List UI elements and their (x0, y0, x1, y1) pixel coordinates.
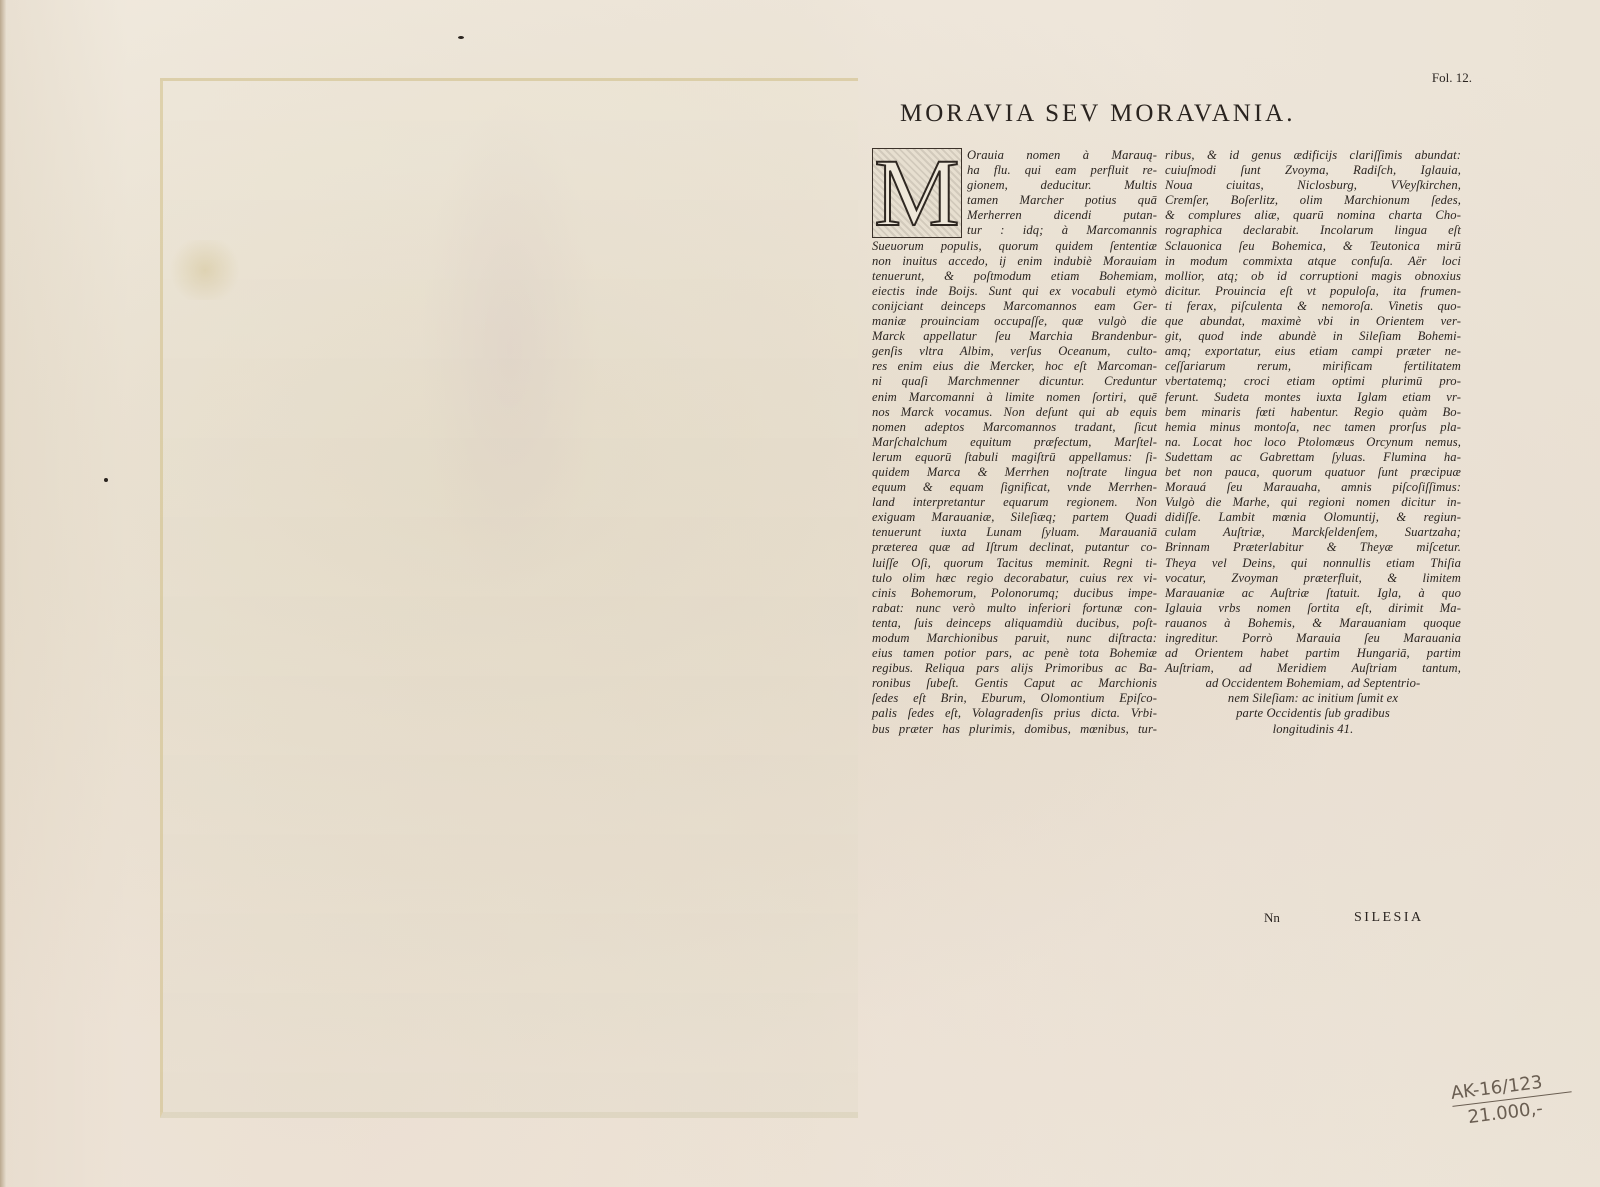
text-line: ad Orientem habet partim Hungariā, parti… (1165, 646, 1461, 661)
ink-spot (104, 478, 108, 482)
text-line: equum & equam ſignificat, vnde Merrhen- (872, 480, 1157, 495)
text-line: lerum equorū ſtabuli magiſtrū appellamus… (872, 450, 1157, 465)
text-line: vocatur, Zvoyman præterfluit, & limitem (1165, 571, 1461, 586)
text-line: ribus, & id genus ædificijs clariſſimis … (1165, 148, 1461, 163)
text-line: cuiuſmodi ſunt Zvoyma, Radiſch, Iglauia, (1165, 163, 1461, 178)
text-line: na. Locat hoc loco Ptolomæus Orcynum nem… (1165, 435, 1461, 450)
handwritten-inventory-note: AK-16/123 21.000,- (1450, 1067, 1585, 1129)
text-line: Noua ciuitas, Niclosburg, VVeyſkirchen, (1165, 178, 1461, 193)
text-line: didiſſe. Lambit mœnia Olomuntij, & regiu… (1165, 510, 1461, 525)
text-line: conijciant deinceps Marcomannos eam Ger- (872, 299, 1157, 314)
text-line: genſis vltra Albim, verſus Oceanum, cult… (872, 344, 1157, 359)
text-line: in modum commixta atque confuſa. Aër loc… (1165, 254, 1461, 269)
folio-number: Fol. 12. (1432, 70, 1472, 86)
text-line: enim Marcomanni à limite nomen ſortiri, … (872, 390, 1157, 405)
text-line: tenta, ſuis deinceps aliquamdiù ducibus,… (872, 616, 1157, 631)
text-line: dicitur. Prouincia eſt vt populoſa, ita … (1165, 284, 1461, 299)
decorated-initial: M (872, 148, 962, 238)
text-line: ti ferax, piſculenta & nemoroſa. Vinetis… (1165, 299, 1461, 314)
text-line: rabat: nunc verò multo inferiori fortunæ… (872, 601, 1157, 616)
text-line: Iglauia vrbs nomen ſortita eſt, dirimit … (1165, 601, 1461, 616)
text-line: vbertatemq; croci etiam optimi plurimū p… (1165, 374, 1461, 389)
text-line: eius tamen potior pars, ac penè tota Boh… (872, 646, 1157, 661)
text-line: tenuerunt, & poſtmodum etiam Bohemiam, (872, 269, 1157, 284)
text-line: Sudettam ac Gabrettam ſyluas. Flumina ha… (1165, 450, 1461, 465)
text-line: rauanos à Bohemis, & Marauaniam quoque (1165, 616, 1461, 631)
text-line: cinis Bohemorum, Polonorumq; ducibus imp… (872, 586, 1157, 601)
text-line: bet non pauca, quorum quatuor ſunt præci… (1165, 465, 1461, 480)
signature-mark: Nn (1264, 910, 1280, 926)
text-line: que abundat, maximè vbi in Orientem ver- (1165, 314, 1461, 329)
text-line: quidem Marca & Merrhen noſtrate lingua (872, 465, 1157, 480)
paper-sheet: Fol. 12. MORAVIA SEV MORAVANIA. M Orauia… (0, 0, 1600, 1187)
sheet-edge (0, 0, 6, 1187)
text-line: amq; exportatur, eius etiam campi præter… (1165, 344, 1461, 359)
text-line: tulo olim hæc regio decorabatur, cuius r… (872, 571, 1157, 586)
text-line: Auſtriam, ad Meridiem Auſtriam tantum, (1165, 661, 1461, 676)
text-line: ingreditur. Porrò Marauia ſeu Marauania (1165, 631, 1461, 646)
text-line: Sclauonica ſeu Bohemica, & Teutonica mir… (1165, 239, 1461, 254)
text-line: eiectis inde Boijs. Sunt qui ex vocabuli… (872, 284, 1157, 299)
text-line: nomen adeptos Marcomannos tradant, ſicut (872, 420, 1157, 435)
text-line: Cremſer, Boſerlitz, olim Marchionum ſede… (1165, 193, 1461, 208)
text-line: culam Auſtriæ, Marckſeldenſem, Suartzaha… (1165, 525, 1461, 540)
text-line: nem Sileſiam: ac initium ſumit ex (1165, 691, 1461, 706)
text-line: mollior, atq; ob id corruptioni magis ob… (1165, 269, 1461, 284)
text-line: modum Marchionibus paruit, nunc diſtract… (872, 631, 1157, 646)
text-line: Marck appellatur ſeu Marchia Brandenbur- (872, 329, 1157, 344)
dropcap-letter: M (874, 145, 959, 241)
text-line: bem minaris fœti habentur. Regio quàm Bo… (1165, 405, 1461, 420)
catchword: SILESIA (1354, 910, 1424, 926)
text-line: rographica declarabit. Incolarum lingua … (1165, 223, 1461, 238)
text-line: res enim eius die Mercker, hoc eſt Marco… (872, 359, 1157, 374)
ink-spot (458, 36, 464, 39)
text-line: hemia minus montoſa, nec tamen prorſus p… (1165, 420, 1461, 435)
text-line: parte Occidentis ſub gradibus (1165, 706, 1461, 721)
text-line: git, quod inde abundè in Sileſiam Bohemi… (1165, 329, 1461, 344)
text-line: longitudinis 41. (1165, 722, 1461, 737)
text-line: maniæ prouinciam occupaſſe, quæ vulgò di… (872, 314, 1157, 329)
text-line: Vulgò die Marhe, qui regioni nomen dicit… (1165, 495, 1461, 510)
water-stain (420, 100, 600, 600)
text-line: Brinnam Præterlabitur & Theyæ miſcetur. (1165, 540, 1461, 555)
text-line: Morauá ſeu Marauaha, amnis piſcoſiſſimus… (1165, 480, 1461, 495)
text-line: ceſſariarum rerum, mirificam fertilitate… (1165, 359, 1461, 374)
text-line: non inuitus accedo, ij enim indubiè Mora… (872, 254, 1157, 269)
text-line: & complures aliæ, quarū nomina charta Ch… (1165, 208, 1461, 223)
text-line: exiguam Marauaniæ, Sileſiæq; partem Quad… (872, 510, 1157, 525)
text-line: ad Occidentem Bohemiam, ad Septentrio- (1165, 676, 1461, 691)
text-line: ſedes eſt Brin, Eburum, Olomontium Epiſc… (872, 691, 1157, 706)
right-column: ribus, & id genus ædificijs clariſſimis … (1165, 148, 1461, 737)
text-line: luiſſe Oſi, quorum Tacitus meminit. Regn… (872, 556, 1157, 571)
text-line: tenuerunt iuxta Lunam ſyluam. Marauaniā (872, 525, 1157, 540)
text-line: bus præter has plurimis, domibus, mœnibu… (872, 722, 1157, 737)
text-line: Marſchalchum equitum præfectum, Marſtel- (872, 435, 1157, 450)
left-column: M Orauia nomen à Marauą-ha flu. qui eam … (872, 148, 1157, 737)
text-line: ni quaſi Marchmenner dicuntur. Creduntur (872, 374, 1157, 389)
text-line: ronibus ſubeſt. Gentis Caput ac Marchion… (872, 676, 1157, 691)
foxing-stain (165, 240, 245, 300)
text-line: land interpretantur equarum regionem. No… (872, 495, 1157, 510)
text-line: præterea quæ ad Iſtrum declinat, putantu… (872, 540, 1157, 555)
text-line: regibus. Reliqua pars alijs Primoribus a… (872, 661, 1157, 676)
text-line: Theya vel Deins, qui nonnullis etiam Thi… (1165, 556, 1461, 571)
text-line: Marauaniæ ac Auſtriæ ſtatuit. Igla, à qu… (1165, 586, 1461, 601)
page-title: MORAVIA SEV MORAVANIA. (900, 100, 1295, 128)
text-line: ferunt. Sudeta montes iuxta Iglam etiam … (1165, 390, 1461, 405)
text-line: palis ſedes eſt, Volagradenſis prius dic… (872, 706, 1157, 721)
text-line: nos Marck vocamus. Non deſunt qui ab equ… (872, 405, 1157, 420)
